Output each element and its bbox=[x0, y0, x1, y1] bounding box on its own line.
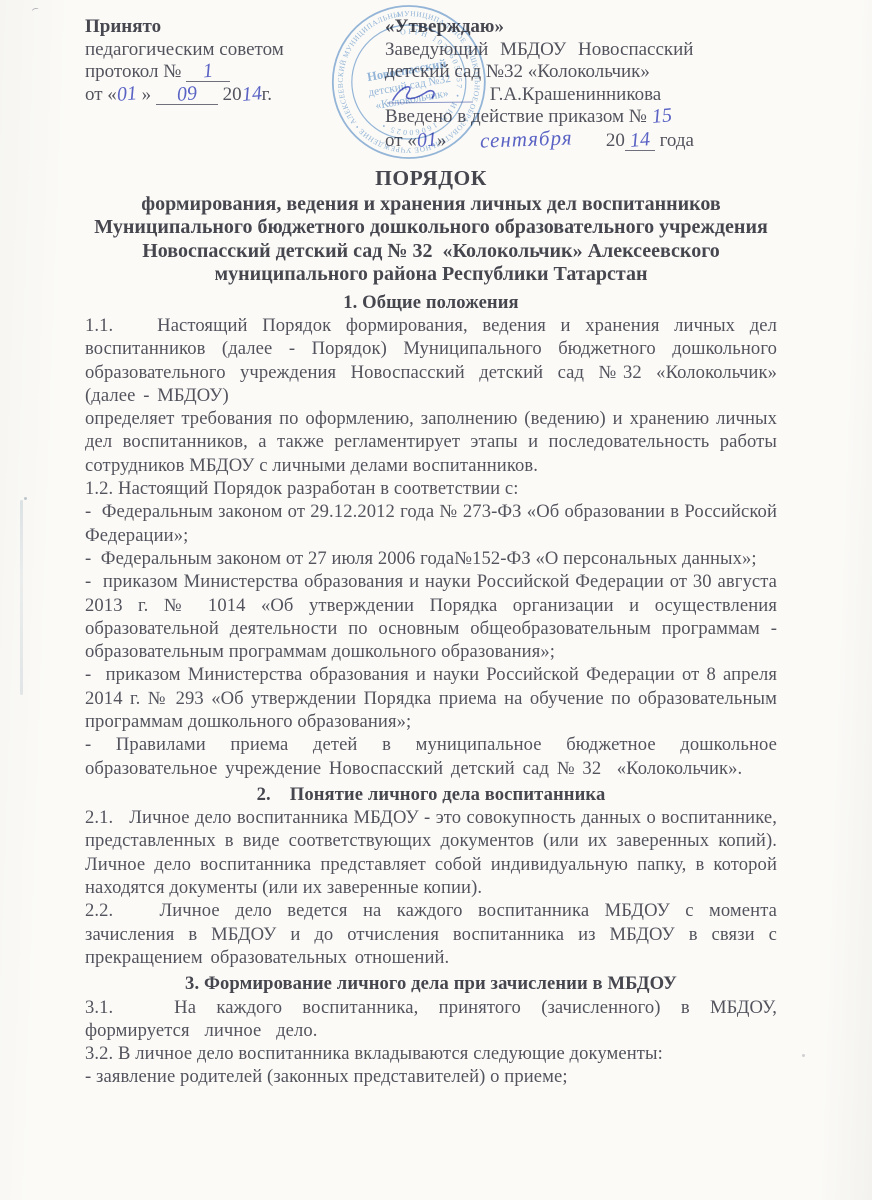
paragraph: 1.2. Настоящий Порядок разработан в соот… bbox=[85, 477, 777, 500]
list-item: - заявление родителей (законных представ… bbox=[85, 1065, 777, 1088]
doc-title-line: ПОРЯДОК bbox=[85, 167, 777, 191]
paragraph: 1.1. Настоящий Порядок формирования, вед… bbox=[85, 314, 777, 407]
doc-title-line: Новоспасский детский сад № 32 «Колокольч… bbox=[85, 240, 777, 264]
date-month-handwritten: 09 bbox=[176, 83, 198, 105]
scan-artifact bbox=[24, 497, 27, 500]
date-month-blank: 09 bbox=[156, 84, 218, 105]
doc-title-line: формирования, ведения и хранения личных … bbox=[85, 193, 777, 217]
document-body: 1. Общие положения 1.1. Настоящий Порядо… bbox=[85, 291, 777, 1089]
protocol-line: протокол № 1 bbox=[85, 61, 385, 84]
date-year-handwritten: 14 bbox=[629, 129, 651, 151]
date-suffix: г. bbox=[262, 84, 272, 105]
list-item: - Федеральным законом от 29.12.2012 года… bbox=[85, 500, 777, 547]
scan-artifact bbox=[802, 1054, 805, 1057]
list-item: - Правилами приема детей в муниципальное… bbox=[85, 733, 777, 780]
protocol-label: протокол № bbox=[85, 61, 181, 82]
year-blank: 14 bbox=[625, 130, 655, 151]
approved-line1: Заведующий МБДОУ Новоспасский bbox=[385, 39, 785, 62]
date-year-handwritten: 14 bbox=[241, 83, 263, 105]
year-prefix: 20 bbox=[223, 84, 242, 105]
accepted-title: Принято bbox=[85, 16, 385, 39]
approved-line2: детский сад №32 «Колокольчик» bbox=[385, 61, 785, 84]
approved-block: «Утверждаю» Заведующий МБДОУ Новоспасски… bbox=[385, 16, 785, 152]
date-prefix: от « bbox=[385, 130, 417, 151]
signature-mark bbox=[385, 84, 477, 106]
scanned-document-page: Принято педагогическим советом протокол … bbox=[0, 0, 872, 1200]
paragraph: 3.2. В личное дело воспитанника вкладыва… bbox=[85, 1042, 777, 1065]
approval-header: Принято педагогическим советом протокол … bbox=[0, 0, 872, 152]
doc-title-line: муниципального района Республики Татарст… bbox=[85, 263, 777, 287]
list-item: - Федеральным законом от 27 июля 2006 го… bbox=[85, 547, 777, 570]
signer-name: Г.А.Крашенинникова bbox=[490, 84, 662, 105]
order-label: Введено в действие приказом № bbox=[385, 106, 647, 127]
date-day-handwritten: 01 bbox=[116, 83, 138, 105]
protocol-number-handwritten: 1 bbox=[202, 61, 214, 82]
signature-line: Г.А.Крашенинникова bbox=[385, 84, 785, 107]
section-heading: 3. Формирование личного дела при зачисле… bbox=[85, 972, 777, 995]
date-month-handwritten: сентября bbox=[479, 127, 572, 151]
list-item: - приказом Министерства образования и на… bbox=[85, 570, 777, 663]
approved-title: «Утверждаю» bbox=[385, 16, 785, 39]
paragraph: 2.1. Личное дело воспитанника МБДОУ - эт… bbox=[85, 806, 777, 899]
quote-close: » bbox=[437, 130, 447, 151]
document-title: ПОРЯДОК формирования, ведения и хранения… bbox=[85, 167, 777, 287]
date-day-handwritten: 01 bbox=[416, 129, 438, 151]
accepted-body-line: педагогическим советом bbox=[85, 39, 385, 62]
paragraph: 3.1. На каждого воспитанника, принятого … bbox=[85, 996, 777, 1043]
quote-close: » bbox=[142, 84, 152, 105]
paragraph: 2.2. Личное дело ведется на каждого восп… bbox=[85, 899, 777, 969]
accepted-block: Принято педагогическим советом протокол … bbox=[85, 16, 385, 152]
list-item: - приказом Министерства образования и на… bbox=[85, 663, 777, 733]
year-prefix: 20 bbox=[606, 130, 625, 151]
protocol-number-blank: 1 bbox=[186, 61, 230, 82]
approved-date-line: от «01» сентября 2014 года bbox=[385, 129, 785, 153]
date-month-area: сентября bbox=[451, 129, 601, 149]
section-heading: 2. Понятие личного дела воспитанника bbox=[85, 783, 777, 806]
paragraph: определяет требования по оформлению, зап… bbox=[85, 407, 777, 477]
date-suffix: года bbox=[660, 130, 694, 151]
date-prefix: от « bbox=[85, 84, 117, 105]
scan-artifact bbox=[20, 500, 23, 695]
order-line: Введено в действие приказом № 15 bbox=[385, 106, 785, 129]
order-number-handwritten: 15 bbox=[651, 105, 673, 127]
accepted-date-line: от «01 » 09 2014г. bbox=[85, 84, 385, 107]
doc-title-line: Муниципального бюджетного дошкольного об… bbox=[85, 216, 777, 240]
section-heading: 1. Общие положения bbox=[85, 291, 777, 314]
